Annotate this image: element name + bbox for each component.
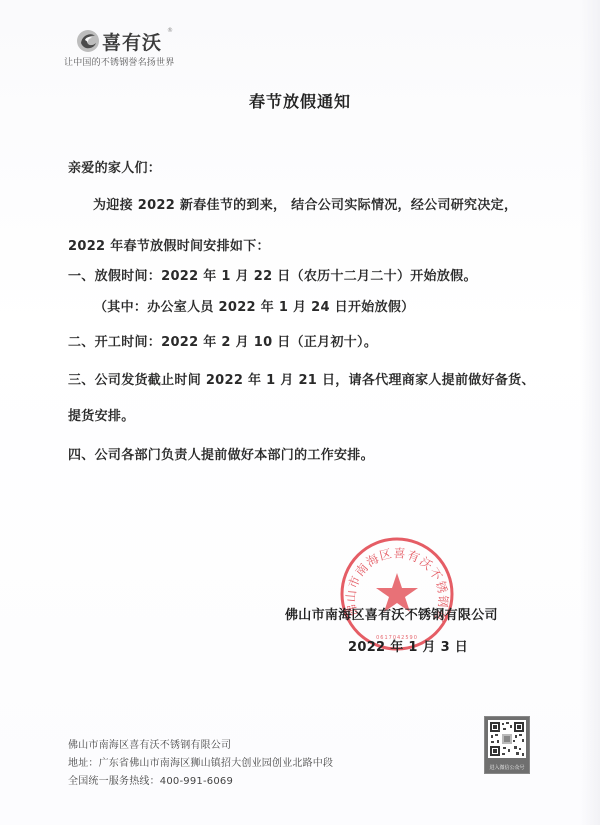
item-work-resume: 二、开工时间：2022 年 2 月 10 日（正月初十）。 bbox=[68, 331, 377, 350]
item-holiday-start: 一、放假时间：2022 年 1 月 22 日（农历十二月二十）开始放假。 bbox=[68, 265, 477, 284]
notice-page: 喜有沃 ® 让中国的不锈钢誉名扬世界 春节放假通知 亲爱的家人们： 为迎接 20… bbox=[0, 0, 600, 825]
item-shipping-deadline-cont: 提货安排。 bbox=[68, 405, 135, 424]
registered-mark: ® bbox=[167, 27, 173, 34]
wechat-qr-code: 进入微信公众号 bbox=[484, 716, 530, 774]
signature-date: 2022 年 1 月 3 日 bbox=[348, 636, 468, 655]
item-shipping-deadline: 三、公司发货截止时间 2022 年 1 月 21 日，请各代理商家人提前做好备货… bbox=[68, 369, 535, 388]
greeting: 亲爱的家人们： bbox=[68, 157, 161, 176]
signature-company: 佛山市南海区喜有沃不锈钢有限公司 bbox=[285, 604, 498, 623]
swirl-logo-icon bbox=[76, 29, 100, 53]
brand-slogan: 让中国的不锈钢誉名扬世界 bbox=[64, 55, 174, 68]
brand-name: 喜有沃 bbox=[102, 28, 162, 55]
footer-company: 佛山市南海区喜有沃不锈钢有限公司 bbox=[68, 736, 231, 751]
item-department-arrangement: 四、公司各部门负责人提前做好本部门的工作安排。 bbox=[68, 444, 374, 463]
intro-paragraph: 为迎接 2022 新春佳节的到来， 结合公司实际情况，经公司研究决定， bbox=[93, 194, 517, 213]
company-logo: 喜有沃 ® 让中国的不锈钢誉名扬世界 bbox=[64, 26, 184, 70]
intro-paragraph-line2: 2022 年春节放假时间安排如下： bbox=[68, 235, 270, 254]
item-office-holiday: （其中：办公室人员 2022 年 1 月 24 日开始放假） bbox=[94, 296, 414, 315]
notice-title: 春节放假通知 bbox=[0, 89, 600, 112]
qr-caption: 进入微信公众号 bbox=[485, 764, 529, 771]
footer-address: 地址：广东省佛山市南海区狮山镇招大创业园创业北路中段 bbox=[68, 754, 333, 769]
notice-title-text: 春节放假通知 bbox=[249, 89, 351, 112]
scan-edge bbox=[580, 0, 600, 825]
footer-hotline: 全国统一服务热线：400-991-6069 bbox=[68, 772, 233, 787]
qr-code-icon bbox=[488, 720, 526, 758]
